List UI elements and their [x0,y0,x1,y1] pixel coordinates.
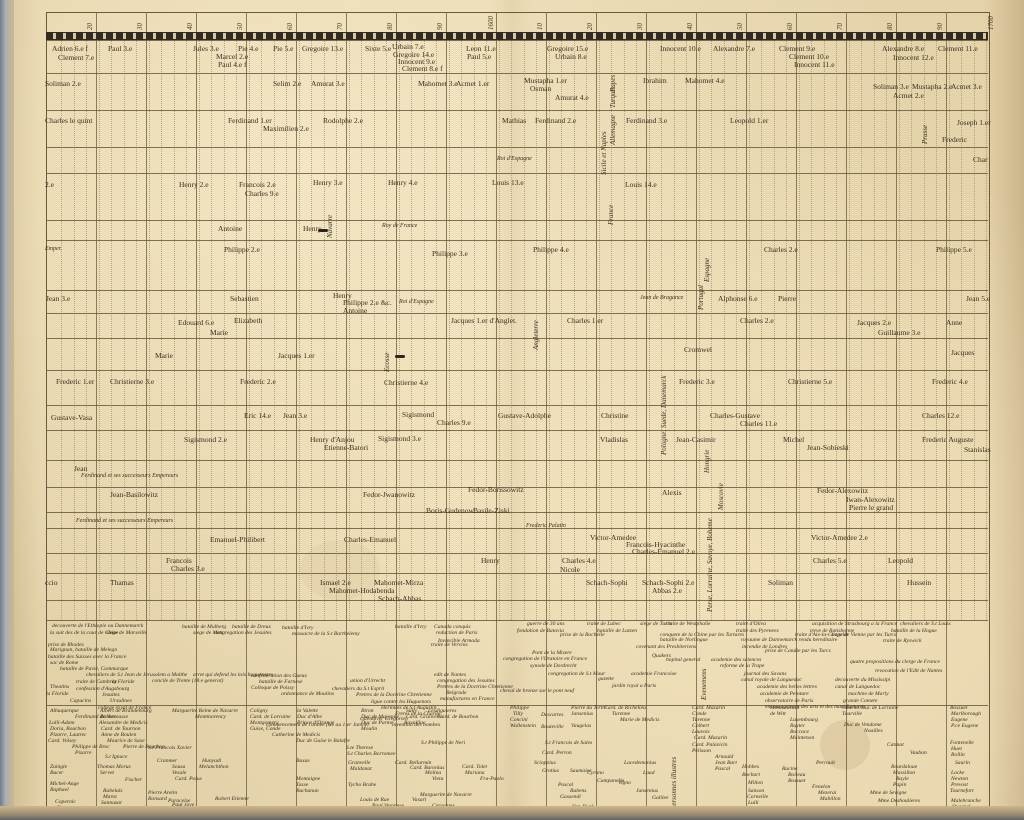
year-tick-label: 20 [586,23,594,30]
dotted-year-rule [574,40,575,620]
ruler-name: Antoine [343,306,367,315]
dotted-year-rule [349,40,350,620]
person-entry: S.t Charles Borromee [347,751,395,758]
ruler-name: Charles 12.e [922,411,960,420]
person-entry: Mme Deshoulieres [878,798,920,805]
country-label: Turquie [609,86,617,108]
ruler-name: Frederic [942,135,967,144]
ruler-name: Leopold 1.er [730,116,768,125]
ruler-name: Gregoire 13.e [302,44,343,53]
dotted-year-rule [86,40,87,620]
person-entry: Moulin [361,726,377,733]
year-tick-label: 1700 [987,16,995,30]
country-label: Navarre [326,215,334,238]
dotted-year-rule [99,40,100,620]
scan-bottom-edge [0,806,1024,820]
person-entry: Marie de Medicis [620,717,659,724]
year-tick-label: 60 [786,23,794,30]
person-entry: de Witt [770,711,786,718]
event-entry: academie de Peinture [760,691,809,698]
ruler-name: Jean 3.e [46,294,70,303]
dotted-year-rule [399,40,400,620]
person-entry: Card. Perron [542,750,572,757]
event-entry: Theatins [50,684,69,691]
dotted-year-rule [949,40,950,620]
dotted-year-rule [986,40,987,620]
person-entry: Fra-Paolo [480,776,504,783]
ruler-name: Antoine [218,224,242,233]
event-entry: jardin royal a Paris [612,683,656,690]
ruler-name: Christine [601,411,629,420]
ruler-name: Alphonse 6.e [718,294,758,303]
event-entry: traite d'Oliva [736,621,766,628]
event-entry: Capucins [70,698,91,705]
dotted-year-rule [661,40,662,620]
ruler-name: Frederic 1.er [56,377,94,386]
ruler-name: Charles 11.e [740,419,777,428]
ruler-name: Adrien 6.e f [52,44,88,53]
person-entry: Ravaillac [404,720,425,727]
ruler-name: Anne [946,318,962,327]
year-tick-label: 70 [836,23,844,30]
person-entry: Vaugelas [571,723,591,730]
dotted-year-rule [699,40,700,620]
event-entry: decouverte du Mississipi [835,677,890,684]
person-entry: Robert Etienne [215,796,249,803]
dotted-year-rule [149,40,150,620]
ruler-name: Henry 2.e [179,180,209,189]
country-label: Pologne, Suede, Danemarck [660,376,668,455]
ruler-name: Hussein [907,578,931,587]
person-entry: Gassendi [560,794,581,801]
ruler-name: Alexandre 8.e [882,44,924,53]
person-entry: Lacedemonius [624,760,656,767]
dotted-year-rule [161,40,162,620]
person-entry: Card. de Bourbon [438,714,478,721]
ruler-name: Soliman 2.e [45,79,81,88]
event-entry: congregation de l'Oratoire en France [503,656,587,663]
year-tick-label: 40 [186,23,194,30]
person-entry: Mme de Sevigne [870,790,907,797]
dotted-year-rule [549,40,550,620]
ruler-name: Ferdinand et ses successeurs Empereurs [81,472,178,481]
year-tick-label: 10 [536,23,544,30]
ruler-name: Jacques [951,348,974,357]
row-rule [46,512,988,513]
ruler-name: Cromwel [684,345,712,354]
event-entry: Ursulines [110,698,132,705]
ruler-name: Selim 2.e [273,79,301,88]
row-rule [46,147,988,148]
event-entry: quatre propositions du clerge de France [850,659,940,666]
year-tick-label: 90 [936,23,944,30]
person-entry: Jansenius [636,788,658,795]
ruler-name: Marie [210,328,228,337]
ruler-name: Vladislas [600,435,628,444]
event-entry: academie des belles lettres [757,684,817,691]
dotted-year-rule [586,40,587,620]
person-entry: Buxas [296,758,310,765]
event-entry: decouverte de l'Ethiopie ou Dannemarck [52,623,143,630]
ruler-name: Pierre [778,294,796,303]
ruler-name: Alexis [662,488,682,497]
dotted-year-rule [361,40,362,620]
scan-left-edge [0,0,14,820]
row-rule [46,40,988,41]
ruler-name: Leopold [888,556,913,565]
ruler-name: Jacques 1.er d'Anglet. [451,316,517,325]
ruler-name: Charles 2.e [764,245,798,254]
year-tick-label: 30 [636,23,644,30]
person-entry: Card. Polus [175,776,202,783]
ruler-name: Innocent 10.e [660,44,701,53]
ruler-name: Henry [481,556,500,565]
ruler-name: Basile-Ziski [473,506,510,515]
dotted-year-rule [74,40,75,620]
dotted-year-rule [561,40,562,620]
ruler-name: Schach-Abbas [378,594,421,603]
person-entry: Vasari [412,797,426,804]
year-tick-label: 60 [286,23,294,30]
year-tick-label: 30 [136,23,144,30]
ruler-name: Philippe 3.e [432,249,468,258]
ruler-name: Sigismond 2.e [184,435,227,444]
ruler-name: Charles 9.e [245,189,279,198]
event-entry: royaume de Dannemarck rendu hereditaire [741,637,837,644]
ruler-name: Paul 3.e [108,44,132,53]
dotted-year-rule [436,40,437,620]
event-entry: congregation des Jesuites [214,630,272,637]
row-rule [46,173,988,174]
dotted-year-rule [111,40,112,620]
event-entry: traite de Westphalie [666,621,711,628]
country-label: Portugal [697,285,705,310]
ruler-name: Sigismond 3.e [378,434,421,443]
ruler-name: Pie 5.e [273,44,293,53]
ruler-name: Urbain 8.e [555,52,587,61]
chart-page: 2030405060708090160010203040506070809017… [0,0,1024,820]
ruler-name: Pierre le grand [849,503,893,512]
column-rule [146,12,147,808]
person-entry: Perrault [816,760,835,767]
year-tick-label: 50 [236,23,244,30]
event-entry: machine de Marly [848,691,889,698]
event-entry: fondation de Batavia [517,628,564,635]
event-entry: chevaliers de S.t Louis [900,621,951,628]
event-entry: prise de Candie par les Turcs [765,648,831,655]
ruler-name: Ferdinand et ses successeurs Empereurs [76,517,173,526]
ruler-name: Soliman 3.e [873,82,909,91]
country-label: Perse, Lorraine, Savoye, Boheme [706,518,714,612]
person-entry: Galilee [652,795,668,802]
event-entry: traite de Cambray [76,679,117,686]
person-entry: Wallenstein [510,723,536,730]
ruler-name: Maximilien 2.e [263,124,309,133]
ruler-name: Charles-Emanuel 2.e [632,547,695,556]
row-rule [46,290,988,291]
ruler-name: Roy de France [382,222,417,231]
dotted-year-rule [174,40,175,620]
person-entry: S.t Francois Xavier [148,745,192,752]
ruler-name: Roi d'Espagne [399,298,434,307]
row-rule [46,110,988,111]
ruler-name: Louis 13.e [492,178,524,187]
row-rule [46,405,988,406]
ruler-name: Ibrahim [643,76,667,85]
person-entry: Noailles [864,728,883,735]
event-entry: traite de Lubec [587,621,621,628]
person-entry: Pelisson [692,748,711,755]
dotted-year-rule [749,40,750,620]
person-entry: Vigno [618,780,631,787]
ruler-name: Philippe 2.e [224,245,260,254]
ruler-name: Charles 3.e [171,564,205,573]
ruler-name: Elizabeth [234,316,262,325]
ruler-name: Michel [783,435,804,444]
ruler-name: Fedor-Alexowitz [817,486,868,495]
ruler-name: Thamas [110,578,134,587]
event-entry: gazette [598,676,614,683]
pointer-hand-icon [318,229,328,232]
person-entry: Vauban [910,750,927,757]
column-rule [596,12,597,808]
ruler-name: Henry 3.e [313,178,343,187]
dotted-year-rule [499,40,500,620]
person-entry: Tournefort [950,788,974,795]
row-rule [46,73,988,74]
row-rule [46,338,988,339]
person-entry: Jansenius [571,711,593,718]
dotted-year-rule [136,40,137,620]
ruler-name: Char [973,155,988,164]
ruler-name: Mahomet 3.e [418,79,458,88]
ruler-name: Charles 2.e [740,316,774,325]
event-entry: traite de Ryswick [883,638,921,645]
ruler-name: Jean 3.e [283,411,307,420]
ruler-name: Eric 14.e [244,411,271,420]
ruler-name: 2.e [45,180,54,189]
dotted-year-rule [424,40,425,620]
ruler-name: Fedor-Borissowitz [468,485,524,494]
ruler-name: Paul 4.e f [218,60,247,69]
event-entry: union d'Utrecht [350,678,385,685]
dotted-year-rule [261,40,262,620]
country-label: Allemagne [609,115,617,145]
ruler-name: Joseph 1.er [957,118,991,127]
ruler-name: Alexandre 7.e [713,44,755,53]
dotted-year-rule [411,40,412,620]
ruler-name: Roi d'Espagne [497,155,532,164]
event-entry: bataille de la Hogue [891,628,937,635]
ruler-name: Innocent 12.e [893,53,934,62]
person-entry: Tourville [842,711,862,718]
ruler-name: Edouard 6.e [178,318,214,327]
year-tick-label: 80 [386,23,394,30]
ruler-name: Sebastien [230,294,259,303]
dotted-year-rule [774,40,775,620]
person-entry: Pascal [715,766,730,773]
dotted-year-rule [724,40,725,620]
year-tick-label: 40 [686,23,694,30]
country-label: Espagne [703,258,711,282]
event-entry: academie Francoise [631,671,677,678]
ruler-name: Fedor-Jwanowitz [363,490,415,499]
event-entry: reforme de la Trape [720,663,764,670]
person-entry: Mabillon [820,796,841,803]
row-rule [46,528,988,529]
person-entry: Bochart [742,772,760,779]
person-entry: Bossuet [788,778,805,785]
ruler-name: ccio [45,578,58,587]
person-entry: Catinat [887,742,904,749]
column-rule [396,12,397,808]
ruler-name: Jean 5.e [966,294,990,303]
person-entry: Saurin [955,760,970,767]
ruler-name: Jean de Bragance [640,294,683,303]
dotted-year-rule [311,40,312,620]
dotted-year-rule [961,40,962,620]
dotted-year-rule [486,40,487,620]
country-label: Ecosse [383,353,391,372]
year-tick-label: 20 [86,23,94,30]
dotted-year-rule [61,40,62,620]
country-label: Sicile et Naples [600,131,608,175]
column-rule [196,12,197,808]
person-entry: Prince d'Orange [297,720,334,727]
event-entry: covenant des Presbiteriens [636,644,696,651]
ruler-name: Jules 3.e [193,44,219,53]
ruler-name: Charles 9.e [437,418,471,427]
event-entry: canal royale de Languedoc [741,677,802,684]
dotted-year-rule [786,40,787,620]
ruler-name: Sigismond [402,410,434,419]
row-rule [46,600,988,601]
year-tick-label: 1600 [487,16,495,30]
person-entry: Grotius [542,768,559,775]
person-entry: P.ce Eugene [951,723,978,730]
person-entry: Vieta [432,776,443,783]
event-entry: traite de Vervins [431,642,468,649]
dotted-year-rule [474,40,475,620]
ruler-name: Jacques 2.e [857,318,891,327]
ruler-name: Acmet 1.er [456,79,489,88]
event-entry: ordonnance de Moulins [281,691,334,698]
ruler-name: Mustapha 2.e [912,82,952,91]
event-entry: reduction de Paris [436,630,477,637]
dotted-year-rule [249,40,250,620]
column-rule [246,12,247,808]
pointer-hand-icon [395,355,405,358]
row-rule [46,573,988,574]
ruler-name: Nicole [560,565,580,574]
ruler-name: Innocent 11.e [794,60,835,69]
ruler-name: Pie 4.e [238,44,258,53]
person-entry: Maintenon [790,735,814,742]
ruler-name: Christierne 4.e [384,378,428,387]
person-entry: Maldonat [350,766,372,773]
country-label: Angleterre [532,320,540,350]
event-entry: prise de la Rochelle [560,632,605,639]
dotted-year-rule [199,40,200,620]
dotted-year-rule [686,40,687,620]
person-entry: S.t Philippe de Neri [421,740,465,747]
person-entry: Melanchthon [199,764,229,771]
person-entry: Montmorency [195,714,226,721]
row-rule [46,240,988,241]
row-rule [46,313,988,314]
person-entry: Bouteville [541,724,564,731]
event-entry: manufactures en France [440,696,494,703]
dotted-year-rule [874,40,875,620]
event-entry: guerre de 30 ans [527,621,565,628]
dotted-year-rule [449,40,450,620]
person-entry: Laud [643,770,655,777]
ruler-name: Jean-Basilowitz [110,490,158,499]
ruler-name: Charles 4.e [562,556,596,565]
person-entry: Raphael [50,787,69,794]
ruler-name: Charles le quint [45,116,93,125]
ruler-name: Rodolphe 2.e [323,116,363,125]
ruler-name: Charles-Emanuel [344,535,396,544]
person-entry: Duc de Guise le Balafre [296,738,350,745]
person-entry: Milton [748,780,763,787]
person-entry: Tycho Brahe [348,782,376,789]
person-entry: Pizarre [75,750,92,757]
ruler-name: Stanislas [964,445,991,454]
ruler-name: Christierne 5.e [788,377,832,386]
ruler-name: Soliman [768,578,793,587]
year-tick-label: 50 [736,23,744,30]
ruler-name: Frederic Auguste [922,435,973,444]
ruler-name: Mahomet 4.e [685,76,725,85]
ruler-name: Francois 2.e [239,180,276,189]
dotted-year-rule [186,40,187,620]
event-entry: massacre de la S.t Barthelemy [292,631,360,638]
ruler-name: Ferdinand 2.e [535,116,576,125]
country-label: Evenemens [700,669,708,700]
person-entry: Rollin [951,752,965,759]
ruler-name: Jean-Sobieski [807,443,849,452]
dotted-year-rule [236,40,237,620]
ruler-name: Charles 5.e [813,556,847,565]
event-entry: congregation de S.t Maur [548,671,605,678]
dotted-year-rule [124,40,125,620]
column-rule [946,12,947,808]
event-entry: Marignan, bataille de Melegn [50,647,117,654]
country-label: Personnes illustres [670,757,678,810]
event-entry: canal de Languedoc [835,684,880,691]
ruler-name: Frederic 4.e [932,377,968,386]
ruler-name: Boris-Gudenow [426,506,474,515]
ruler-name: Philippe 4.e [533,245,569,254]
person-entry: Cyrano [587,770,604,777]
year-tick-label: 70 [336,23,344,30]
ruler-name: Jean-Casimir [676,435,716,444]
person-entry: S.t Francois de Sales [545,740,592,747]
event-entry: la Floride [112,679,135,686]
row-rule [46,370,988,371]
ruler-name: Acmet 2.e [893,91,924,100]
event-entry: concile de Trente (18.e general) [152,678,223,685]
ruler-name: Philippe 5.e [936,245,972,254]
ruler-name: Clement 7.e [58,53,94,62]
ruler-name: Osman [530,84,551,93]
dotted-year-rule [524,40,525,620]
country-label: Hongrie [703,450,711,473]
person-entry: Fischer [125,777,142,784]
column-rule [896,12,897,808]
dotted-year-rule [386,40,387,620]
